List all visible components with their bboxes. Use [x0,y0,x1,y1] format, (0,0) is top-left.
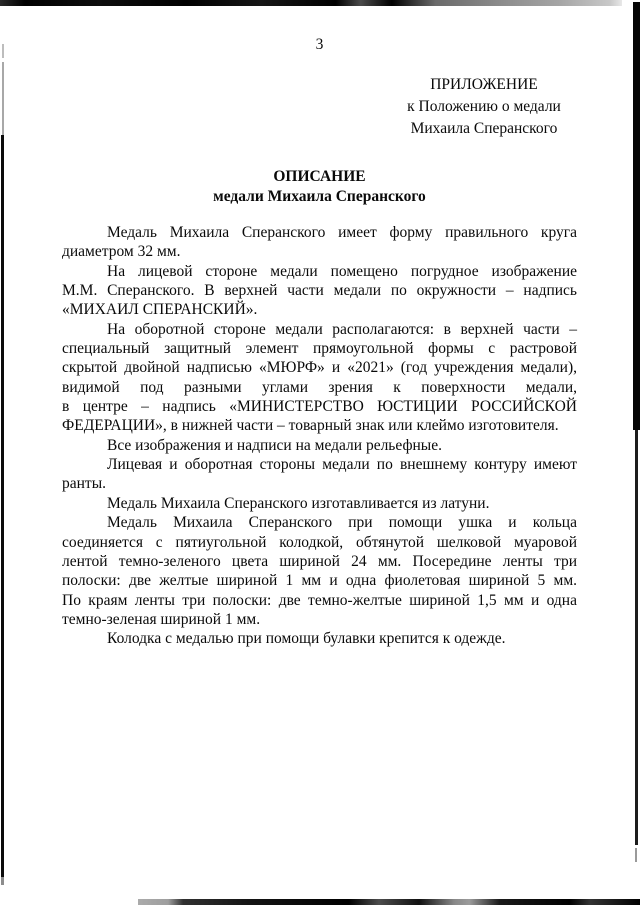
scan-artifact-left-edge-tail [1,877,4,885]
text-line: полоски: две желтые шириной 1 мм и одна … [62,571,577,590]
paragraph: Медаль Михаила Сперанского изготавливает… [62,494,577,513]
text-line: М.М. Сперанского. В верхней части медали… [62,281,577,300]
text-line: скрытой двойной надписью «МЮРФ» и «2021»… [62,358,577,377]
appendix-line: Михаила Сперанского [394,118,574,140]
scan-artifact-left-edge-gray [2,62,4,135]
scan-artifact-right-edge-lower [635,430,638,845]
document-subheading: медали Михаила Сперанского [62,187,577,207]
document-heading: ОПИСАНИЕ [62,167,577,187]
text-line: «МИХАИЛ СПЕРАНСКИЙ». [62,300,577,319]
scan-artifact-right-edge-dash [635,848,637,862]
text-line: специальный защитный элемент прямоугольн… [62,339,577,358]
paragraph: Медаль Михаила Сперанского при помощи уш… [62,513,577,629]
text-line: видимой под разными углами зрения к пове… [62,378,577,397]
scan-artifact-left-edge-dash [2,44,4,58]
scanned-document-page: { "doc": { "page_number": "3", "appendix… [0,0,640,905]
text-line: Медаль Михаила Сперанского имеет форму п… [62,223,577,242]
text-line: лентой темно-зеленого цвета шириной 24 м… [62,552,577,571]
text-line: ФЕДЕРАЦИИ», в нижней части – товарный зн… [62,416,577,435]
page-number: 3 [62,36,577,54]
paragraph: Все изображения и надписи на медали рель… [62,436,577,455]
text-line: Лицевая и оборотная стороны медали по вн… [62,455,577,474]
text-line: Все изображения и надписи на медали рель… [62,436,577,455]
text-line: в центре – надпись «МИНИСТЕРСТВО ЮСТИЦИИ… [62,397,577,416]
scan-artifact-bottom-edge [138,899,640,905]
document-title-block: ОПИСАНИЕ медали Михаила Сперанского [62,167,577,206]
scan-artifact-top-edge [0,0,622,6]
text-line: соединяется с пятиугольной колодкой, обт… [62,533,577,552]
text-line: На оборотной стороне медали располагаютс… [62,320,577,339]
paragraph: На лицевой стороне медали помещено погру… [62,262,577,320]
text-line: диаметром 32 мм. [62,242,577,261]
text-line: Медаль Михаила Сперанского при помощи уш… [62,513,577,532]
appendix-reference-block: ПРИЛОЖЕНИЕ к Положению о медали Михаила … [394,74,574,140]
text-line: Медаль Михаила Сперанского изготавливает… [62,494,577,513]
text-line: Колодка с медалью при помощи булавки кре… [62,629,577,648]
text-line: ранты. [62,474,577,493]
scan-artifact-left-edge-black [1,135,4,877]
paragraph: Медаль Михаила Сперанского имеет форму п… [62,223,577,262]
text-line: По краям ленты три полоски: две темно-же… [62,591,577,610]
text-line: На лицевой стороне медали помещено погру… [62,262,577,281]
paragraph: На оборотной стороне медали располагаютс… [62,320,577,436]
scan-artifact-right-edge-upper [633,2,640,430]
paragraph: Лицевая и оборотная стороны медали по вн… [62,455,577,494]
appendix-line: к Положению о медали [394,96,574,118]
text-line: темно-зеленая шириной 1 мм. [62,610,577,629]
body-text: Медаль Михаила Сперанского имеет форму п… [62,223,577,649]
paragraph: Колодка с медалью при помощи булавки кре… [62,629,577,648]
appendix-line: ПРИЛОЖЕНИЕ [394,74,574,96]
